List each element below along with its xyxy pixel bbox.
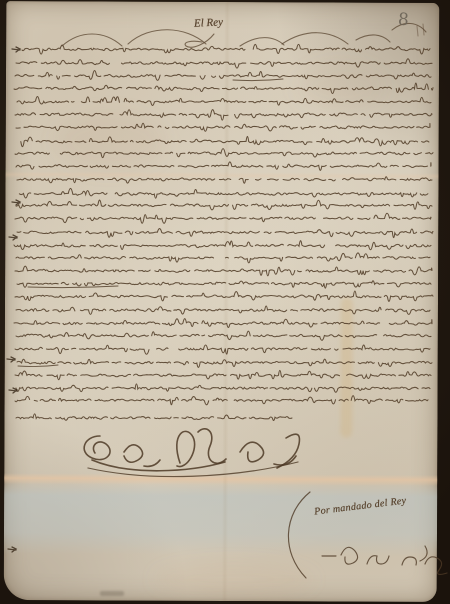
paper-blotch xyxy=(56,111,166,171)
manuscript-photo: El Rey 8 Por mandado del Rey xyxy=(0,0,450,604)
header-mark-el-rey: El Rey xyxy=(194,16,224,30)
ink-stain-streak xyxy=(340,298,353,438)
vertical-fold-line xyxy=(222,2,231,601)
discoloration-band xyxy=(4,482,437,556)
folio-number: 8 xyxy=(397,10,409,31)
paper-blotch xyxy=(296,62,386,112)
archive-stamp-mark xyxy=(100,591,124,596)
fold-crease-band xyxy=(4,473,437,486)
manuscript-paper xyxy=(4,1,440,602)
paper-blotch xyxy=(154,562,314,597)
crease-band-upper xyxy=(6,171,439,180)
